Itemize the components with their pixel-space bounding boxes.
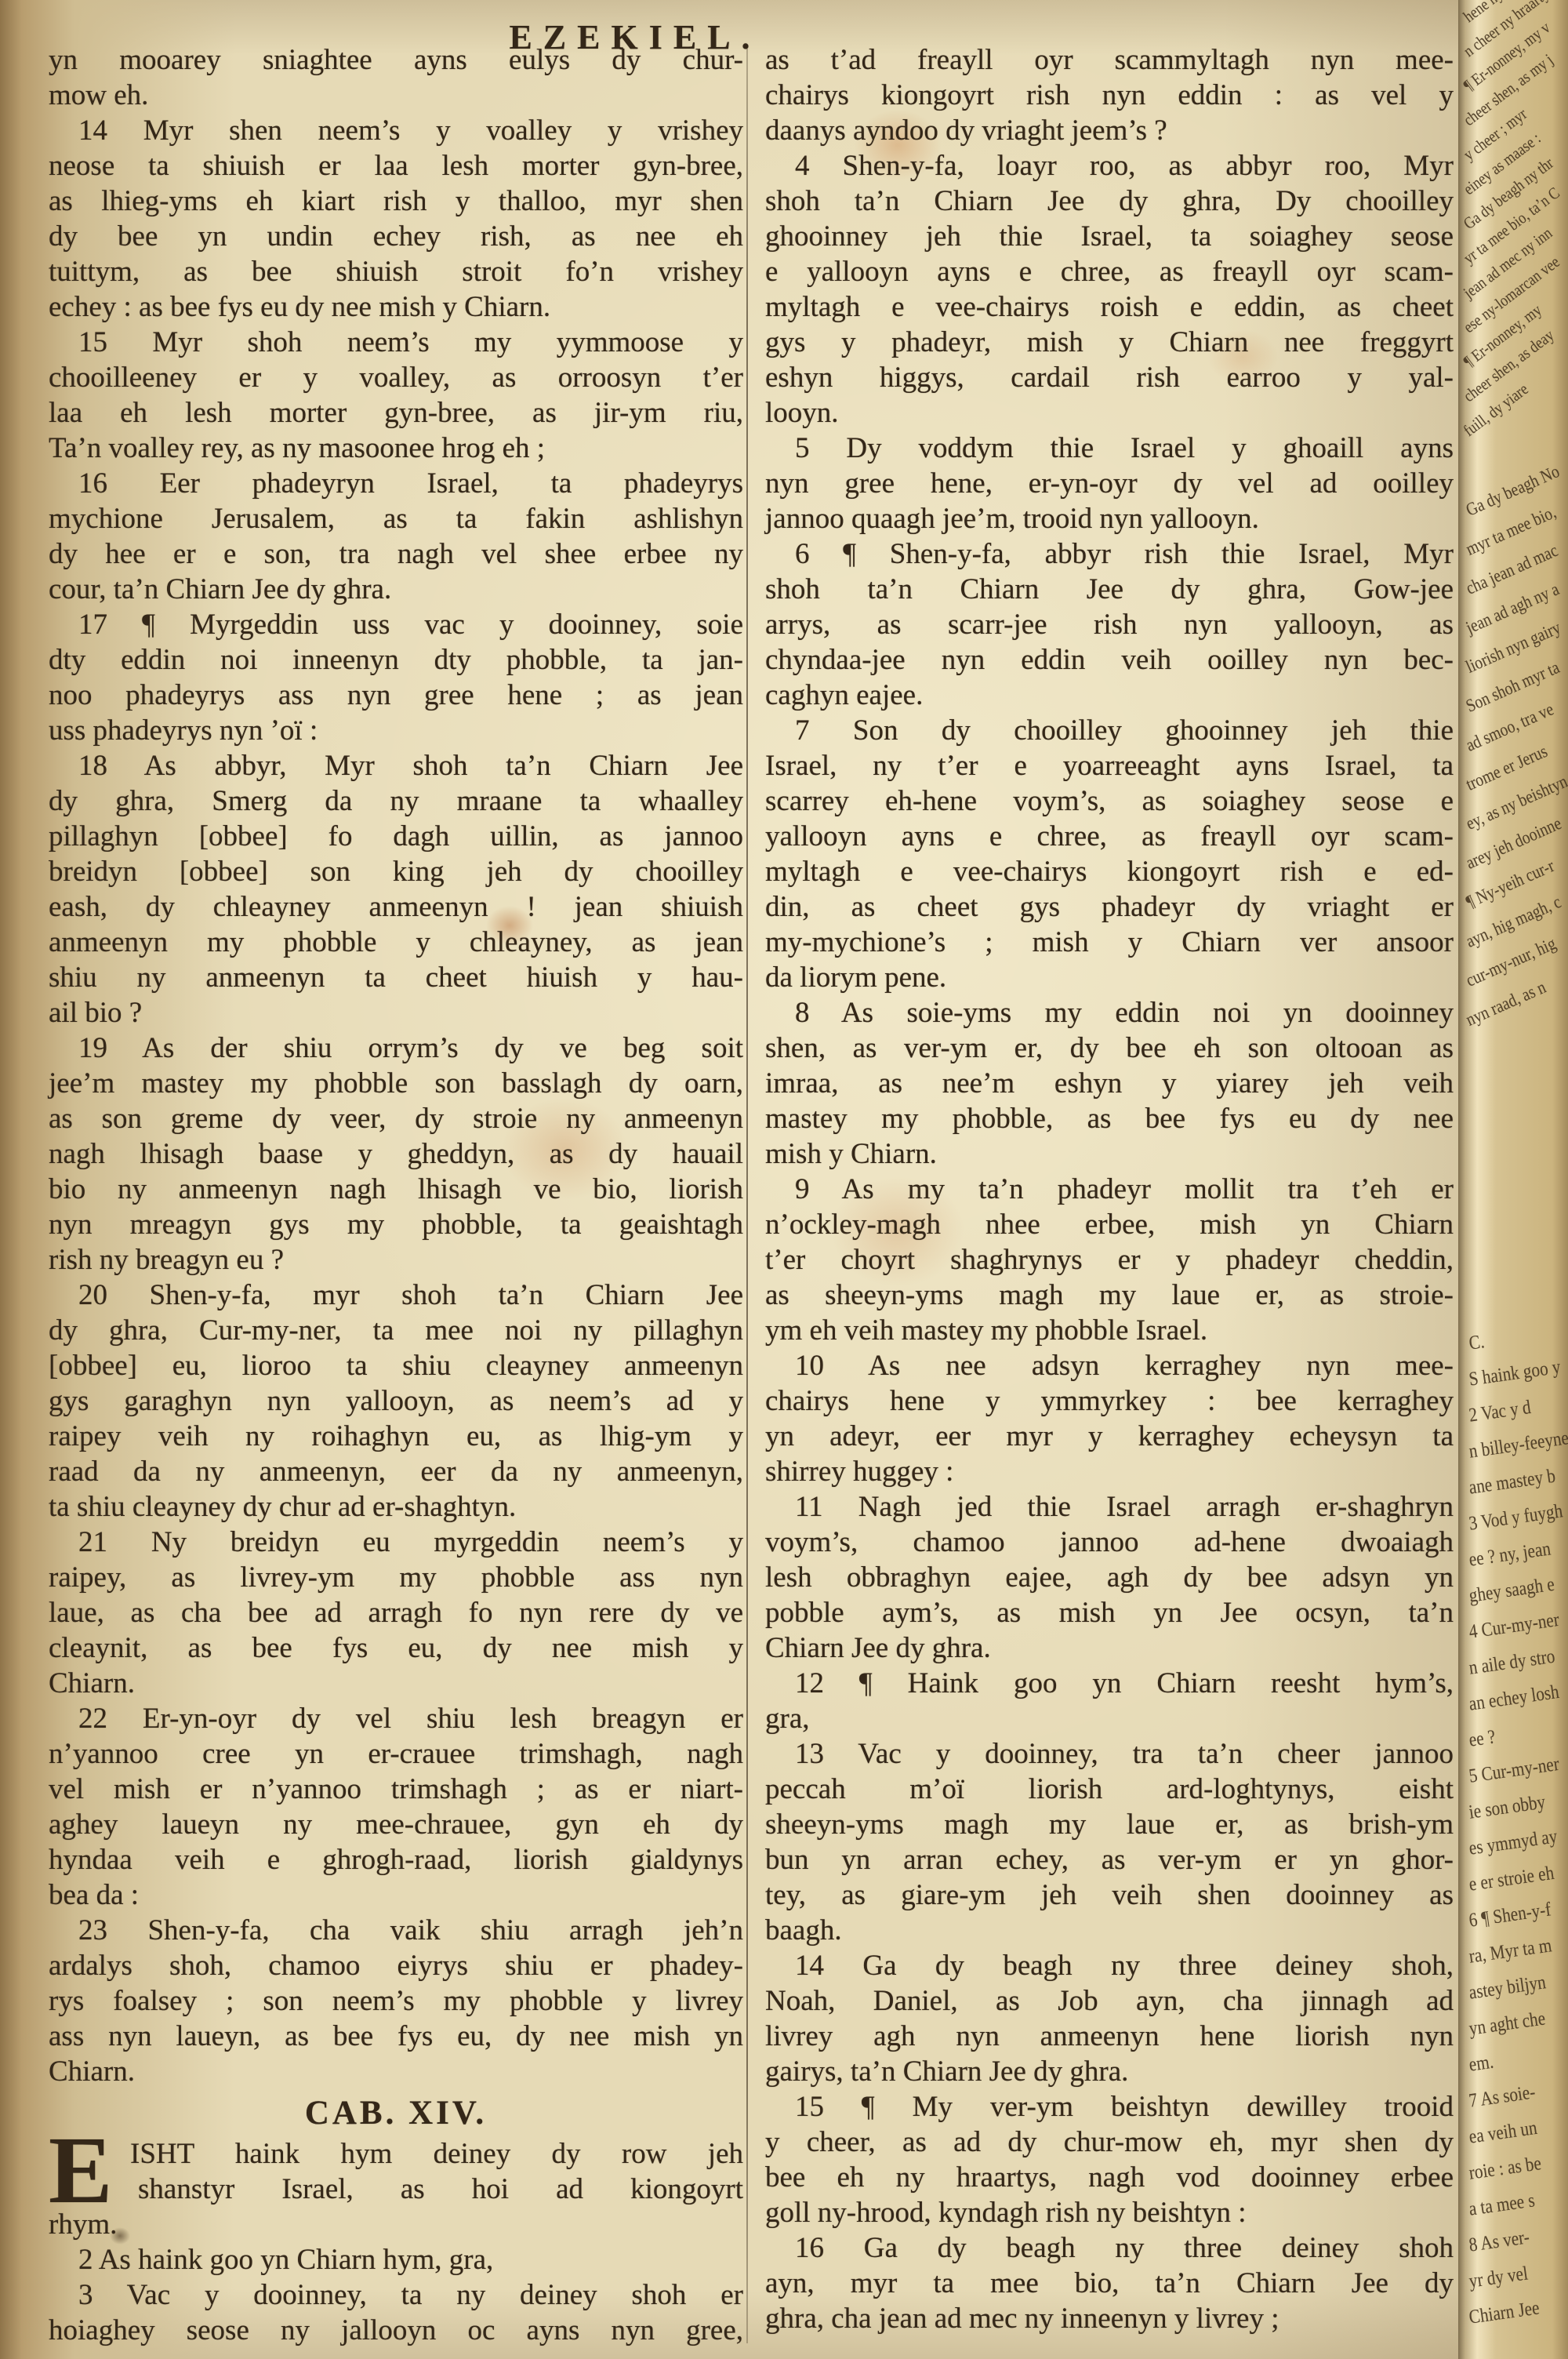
text-line: voym’s, chamoo jannoo ad-hene dwoaiagh — [765, 1525, 1454, 1560]
text-line: nyn gree hene, er-yn-oyr dy vel ad ooill… — [765, 466, 1454, 501]
text-line: 11 Nagh jed thie Israel arragh er-shaghr… — [765, 1489, 1454, 1525]
text-line: 20 Shen-y-fa, myr shoh ta’n Chiarn Jee — [49, 1278, 743, 1313]
text-line: ghooinney jeh thie Israel, ta soiaghey s… — [765, 219, 1454, 254]
text-line: mow eh. — [49, 78, 743, 113]
text-line: ta shiu cleayney dy chur ad er-shaghtyn. — [49, 1489, 743, 1525]
text-line: 15 ¶ My ver-ym beishtyn dewilley trooid — [765, 2089, 1454, 2125]
text-line: shiu ny anmeenyn ta cheet hiuish y hau- — [49, 960, 743, 995]
left-lines-a: yn mooarey sniaghtee ayns eulys dy chur-… — [49, 42, 743, 2089]
book-page-scan: { "theme": { "paper": "#e6dab6", "ink": … — [0, 0, 1568, 2359]
text-line: shoh ta’n Chiarn Jee dy ghra, Gow-jee — [765, 572, 1454, 607]
text-line: gys garaghyn nyn yallooyn, as neem’s ad … — [49, 1383, 743, 1419]
text-line: t’er choyrt shaghrynys er y phadeyr ched… — [765, 1242, 1454, 1278]
text-line: raad da ny anmeenyn, eer da ny anmeenyn, — [49, 1454, 743, 1489]
text-line: ass nyn laueyn, as bee fys eu, dy nee mi… — [49, 2019, 743, 2054]
text-line: goll ny-hrood, kyndagh rish ny beishtyn … — [765, 2195, 1454, 2230]
left-text-column: yn mooarey sniaghtee ayns eulys dy chur-… — [49, 42, 743, 2348]
text-line: chairys hene y ymmyrkey : bee kerraghey — [765, 1383, 1454, 1419]
text-line: bun yn arran echey, as ver-ym er yn ghor… — [765, 1842, 1454, 1877]
text-line: 13 Vac y dooinney, tra ta’n cheer jannoo — [765, 1736, 1454, 1772]
text-line: breidyn [obbee] son king jeh dy chooille… — [49, 854, 743, 889]
text-line: arrys, as scarr-jee rish nyn yallooyn, a… — [765, 607, 1454, 642]
edge-page-text-fragment: C. — [1468, 1294, 1568, 1354]
text-line: dy hee er e son, tra nagh vel shee erbee… — [49, 536, 743, 572]
text-line: nyn mreagyn gys my phobble, ta geaishtag… — [49, 1207, 743, 1242]
text-line: 10 As nee adsyn kerraghey nyn mee- — [765, 1348, 1454, 1383]
chapter-14-opening: E ISHT haink hym deiney dy row jehshanst… — [49, 2136, 743, 2348]
text-line: ISHT haink hym deiney dy row jeh — [49, 2136, 743, 2172]
text-line: mychione Jerusalem, as ta fakin ashlishy… — [49, 501, 743, 536]
text-line: gys y phadeyr, mish y Chiarn nee freggyr… — [765, 325, 1454, 360]
text-line: 19 As der shiu orrym’s dy ve beg soit — [49, 1030, 743, 1066]
text-line: scarrey eh-hene voym’s, as soiaghey seos… — [765, 783, 1454, 819]
text-line: peccah m’oï liorish ard-loghtynys, eisht — [765, 1772, 1454, 1807]
text-line: jannoo quaagh jee’m, trooid nyn yallooyn… — [765, 501, 1454, 536]
text-line: 7 Son dy chooilley ghooinney jeh thie — [765, 713, 1454, 748]
text-line: hoiaghey seose ny jallooyn oc ayns nyn g… — [49, 2313, 743, 2348]
text-line: cour, ta’n Chiarn Jee dy ghra. — [49, 572, 743, 607]
text-line: imraa, as nee’m eshyn y yiarey jeh veih — [765, 1066, 1454, 1101]
right-text-column: as t’ad freayll oyr scammyltagh nyn mee-… — [765, 42, 1454, 2336]
text-line: bio ny anmeenyn nagh lhisagh ve bio, lio… — [49, 1172, 743, 1207]
text-line: n’yannoo cree yn er-crauee trimshagh, na… — [49, 1736, 743, 1772]
chapter-lines: ISHT haink hym deiney dy row jehshanstyr… — [49, 2136, 743, 2348]
text-line: as sheeyn-yms magh my laue er, as stroie… — [765, 1278, 1454, 1313]
text-line: mastey my phobble, as bee fys eu dy nee — [765, 1101, 1454, 1136]
text-line: gairys, ta’n Chiarn Jee dy ghra. — [765, 2054, 1454, 2089]
text-line: ayn, myr ta mee bio, ta’n Chiarn Jee dy — [765, 2266, 1454, 2301]
text-line: 3 Vac y dooinney, ta ny deiney shoh er — [49, 2277, 743, 2313]
text-line: myltagh e vee-chairys roish e eddin, as … — [765, 289, 1454, 325]
text-line: da liorym pene. — [765, 960, 1454, 995]
text-line: Israel, ny t’er e yoarreeaght ayns Israe… — [765, 748, 1454, 783]
text-line: rhym. — [49, 2207, 743, 2242]
text-line: raipey, as livrey-ym my phobble ass nyn — [49, 1560, 743, 1595]
text-line: 23 Shen-y-fa, cha vaik shiu arragh jeh’n — [49, 1913, 743, 1948]
text-line: tuittym, as bee shiuish stroit fo’n vris… — [49, 254, 743, 289]
text-line: looyn. — [765, 395, 1454, 431]
text-line: daanys ayndoo dy vriaght jeem’s ? — [765, 113, 1454, 148]
text-line: Chiarn. — [49, 1666, 743, 1701]
text-line: echey : as bee fys eu dy nee mish y Chia… — [49, 289, 743, 325]
chapter-dropcap-letter: E — [49, 2133, 112, 2208]
text-line: myltagh e vee-chairys kiongoyrt rish e e… — [765, 854, 1454, 889]
text-line: 2 As haink goo yn Chiarn hym, gra, — [49, 2242, 743, 2277]
text-line: chairys kiongoyrt rish nyn eddin : as ve… — [765, 78, 1454, 113]
text-line: 17 ¶ Myrgeddin uss vac y dooinney, soie — [49, 607, 743, 642]
text-line: 9 As my ta’n phadeyr mollit tra t’eh er — [765, 1172, 1454, 1207]
text-line: 16 Ga dy beagh ny three deiney shoh — [765, 2230, 1454, 2266]
text-line: 15 Myr shoh neem’s my yymmoose y — [49, 325, 743, 360]
text-line: anmeenyn my phobble y chleayney, as jean — [49, 925, 743, 960]
right-lines: as t’ad freayll oyr scammyltagh nyn mee-… — [765, 42, 1454, 2336]
text-line: raipey veih ny roihaghyn eu, as lhig-ym … — [49, 1419, 743, 1454]
text-line: 14 Ga dy beagh ny three deiney shoh, — [765, 1948, 1454, 1983]
text-line: 6 ¶ Shen-y-fa, abbyr rish thie Israel, M… — [765, 536, 1454, 572]
text-line: vel mish er n’yannoo trimshagh ; as er n… — [49, 1772, 743, 1807]
text-line: bea da : — [49, 1877, 743, 1913]
text-line: ardalys shoh, chamoo eiyrys shiu er phad… — [49, 1948, 743, 1983]
text-line: nagh lhisagh baase y gheddyn, as dy haua… — [49, 1136, 743, 1172]
text-line: bee eh ny hraartys, nagh vod dooinney er… — [765, 2160, 1454, 2195]
text-line: 8 As soie-yms my eddin noi yn dooinney — [765, 995, 1454, 1030]
text-line: pillaghyn [obbee] fo dagh uillin, as jan… — [49, 819, 743, 854]
text-line: 21 Ny breidyn eu myrgeddin neem’s y — [49, 1525, 743, 1560]
text-line: mish y Chiarn. — [765, 1136, 1454, 1172]
text-line: rys foalsey ; son neem’s my phobble y li… — [49, 1983, 743, 2019]
text-line: rish ny breagyn eu ? — [49, 1242, 743, 1278]
text-line: caghyn eajee. — [765, 678, 1454, 713]
text-line: ghra, cha jean ad mec ny inneenyn y livr… — [765, 2301, 1454, 2336]
text-line: shanstyr Israel, as hoi ad kiongoyrt — [49, 2172, 743, 2207]
text-line: dy bee yn undin echey rish, as nee eh — [49, 219, 743, 254]
text-line: yallooyn ayns e chree, as freayll oyr sc… — [765, 819, 1454, 854]
text-line: pobble aym’s, as mish yn Jee ocsyn, ta’n — [765, 1595, 1454, 1630]
text-line: y cheer, as ad dy chur-mow eh, myr shen … — [765, 2125, 1454, 2160]
text-line: ail bio ? — [49, 995, 743, 1030]
text-line: eshyn higgys, cardail rish earroo y yal- — [765, 360, 1454, 395]
text-line: dy ghra, Smerg da ny mraane ta whaalley — [49, 783, 743, 819]
text-line: hyndaa veih e ghrogh-raad, liorish giald… — [49, 1842, 743, 1877]
text-line: 14 Myr shen neem’s y voalley y vrishey — [49, 113, 743, 148]
column-divider-rule — [746, 49, 748, 2343]
text-line: neose ta shiuish er laa lesh morter gyn-… — [49, 148, 743, 184]
text-line: 18 As abbyr, Myr shoh ta’n Chiarn Jee — [49, 748, 743, 783]
text-line: 4 Shen-y-fa, loayr roo, as abbyr roo, My… — [765, 148, 1454, 184]
text-line: dy ghra, Cur-my-ner, ta mee noi ny pilla… — [49, 1313, 743, 1348]
text-line: lesh obbraghyn eajee, agh dy bee adsyn y… — [765, 1560, 1454, 1595]
text-line: yn mooarey sniaghtee ayns eulys dy chur- — [49, 42, 743, 78]
text-line: as son greme dy veer, dy stroie ny anmee… — [49, 1101, 743, 1136]
text-line: jee’m mastey my phobble son basslagh dy … — [49, 1066, 743, 1101]
text-line: gra, — [765, 1701, 1454, 1736]
text-line: yn adeyr, eer myr y kerraghey echeysyn t… — [765, 1419, 1454, 1454]
text-line: Ta’n voalley rey, as ny masoonee hrog eh… — [49, 431, 743, 466]
text-line: 16 Eer phadeyryn Israel, ta phadeyrys — [49, 466, 743, 501]
text-line: uss phadeyrys nyn ’oï : — [49, 713, 743, 748]
text-line: 5 Dy voddym thie Israel y ghoaill ayns — [765, 431, 1454, 466]
text-line: baagh. — [765, 1913, 1454, 1948]
text-line: e yallooyn ayns e chree, as freayll oyr … — [765, 254, 1454, 289]
text-line: Noah, Daniel, as Job ayn, cha jinnagh ad — [765, 1983, 1454, 2019]
curled-next-page-edge: hene ny-hn cheer ny hraartys¶ Er-nonney,… — [1458, 0, 1568, 2359]
chapter-heading: CAB. XIV. — [49, 2089, 743, 2136]
text-line: 22 Er-yn-oyr dy vel shiu lesh breagyn er — [49, 1701, 743, 1736]
text-line: aghey laueyn ny mee-chrauee, gyn eh dy — [49, 1807, 743, 1842]
text-line: eash, dy chleayney anmeenyn ! jean shiui… — [49, 889, 743, 925]
text-line: n’ockley-magh nhee erbee, mish yn Chiarn — [765, 1207, 1454, 1242]
text-line: Chiarn Jee dy ghra. — [765, 1630, 1454, 1666]
text-line: shen, as ver-ym er, dy bee eh son oltooa… — [765, 1030, 1454, 1066]
text-line: tey, as giare-ym jeh veih shen dooinney … — [765, 1877, 1454, 1913]
text-line: shirrey huggey : — [765, 1454, 1454, 1489]
text-line: laue, as cha bee ad arragh fo nyn rere d… — [49, 1595, 743, 1630]
text-line: Chiarn. — [49, 2054, 743, 2089]
text-line: chyndaa-jee nyn eddin veih ooilley nyn b… — [765, 642, 1454, 678]
text-line: 12 ¶ Haink goo yn Chiarn reesht hym’s, — [765, 1666, 1454, 1701]
text-line: sheeyn-yms magh my laue er, as brish-ym — [765, 1807, 1454, 1842]
text-line: ym eh veih mastey my phobble Israel. — [765, 1313, 1454, 1348]
text-line: dty eddin noi inneenyn dty phobble, ta j… — [49, 642, 743, 678]
text-line: as t’ad freayll oyr scammyltagh nyn mee- — [765, 42, 1454, 78]
text-line: livrey agh nyn anmeenyn hene liorish nyn — [765, 2019, 1454, 2054]
text-line: shoh ta’n Chiarn Jee dy ghra, Dy chooill… — [765, 184, 1454, 219]
text-line: my-mychione’s ; mish y Chiarn ver ansoor — [765, 925, 1454, 960]
text-line: din, as cheet gys phadeyr dy vriaght er — [765, 889, 1454, 925]
text-line: as lhieg-yms eh kiart rish y thalloo, my… — [49, 184, 743, 219]
text-line: [obbee] eu, lioroo ta shiu cleayney anme… — [49, 1348, 743, 1383]
text-line: cleaynit, as bee fys eu, dy nee mish y — [49, 1630, 743, 1666]
text-line: chooilleeney er y voalley, as orroosyn t… — [49, 360, 743, 395]
text-line: laa eh lesh morter gyn-bree, as jir-ym r… — [49, 395, 743, 431]
text-line: noo phadeyrys ass nyn gree hene ; as jea… — [49, 678, 743, 713]
